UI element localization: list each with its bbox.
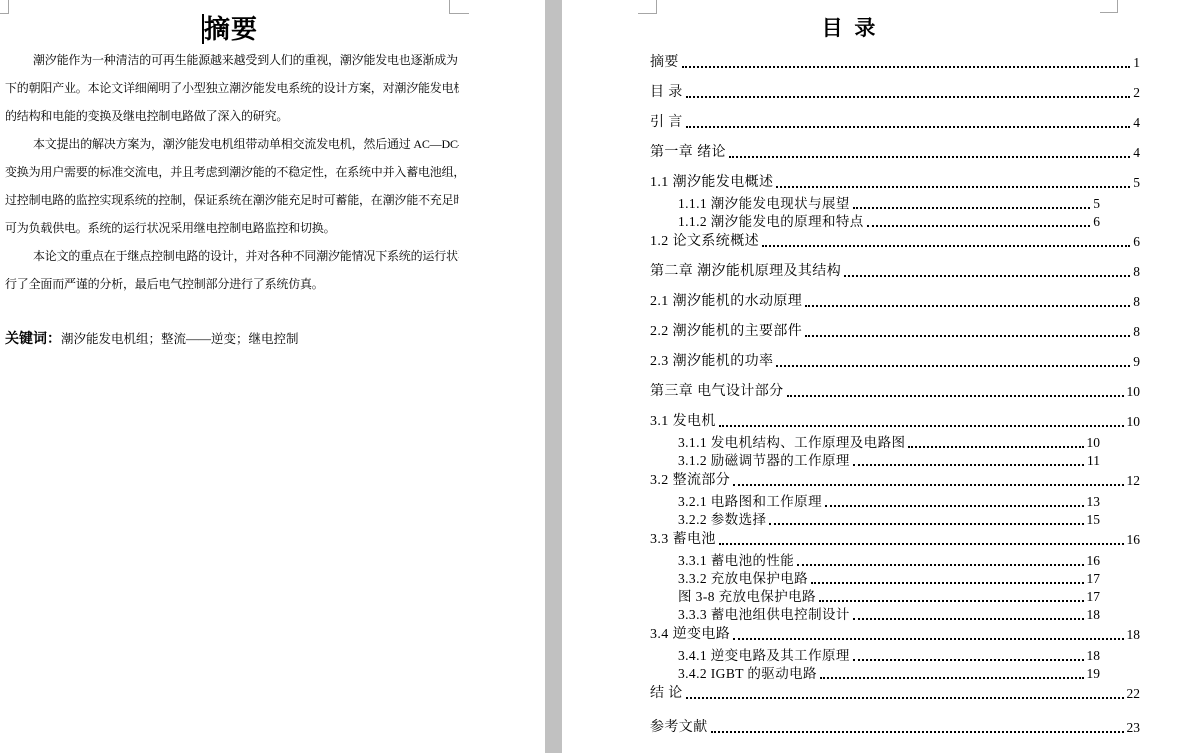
toc-entry-label: 2.2 潮汐能机的主要部件 (650, 320, 802, 340)
dot-leader (776, 365, 1130, 367)
toc-entry-label: 3.3 蓄电池 (650, 528, 716, 548)
margin-corner-mark (1100, 0, 1118, 13)
dot-leader (686, 126, 1131, 128)
toc-entry-label: 3.4.1 逆变电路及其工作原理 (678, 644, 850, 664)
toc-entry-label: 3.4 逆变电路 (650, 623, 730, 643)
toc-entry-label: 3.4.2 IGBT 的驱动电路 (678, 662, 817, 682)
page-gap (545, 0, 562, 753)
abstract-title[interactable]: 摘要 (204, 12, 258, 46)
toc-page-number: 15 (1087, 512, 1101, 528)
toc-page-number: 18 (1087, 607, 1101, 623)
toc-entry-label: 图 3-8 充放电保护电路 (678, 585, 816, 605)
toc-entry-label: 第一章 绪论 (650, 141, 726, 161)
toc-page-number: 2 (1133, 85, 1140, 101)
toc-page-number: 16 (1127, 532, 1141, 548)
body-line[interactable]: 潮汐能作为一种清洁的可再生能源越来越受到人们的重视，潮汐能发电也逐渐成为了时 (5, 46, 459, 74)
toc-entry[interactable]: 结 论22 (650, 685, 1140, 702)
toc-entry[interactable]: 1.1 潮汐能发电概述5 (650, 174, 1140, 191)
toc-page-number: 4 (1133, 115, 1140, 131)
keywords-line[interactable]: 关键词：潮汐能发电机组；整流——逆变；继电控制 (5, 328, 459, 348)
dot-leader (711, 731, 1124, 733)
toc-page-number: 8 (1133, 294, 1140, 310)
toc-entry[interactable]: 目 录2 (650, 84, 1140, 101)
toc-entry[interactable]: 3.3 蓄电池16 (650, 531, 1140, 548)
toc-page-number: 6 (1133, 234, 1140, 250)
toc-page-number: 13 (1087, 494, 1101, 510)
toc-page-number: 4 (1133, 145, 1140, 161)
toc-entry-label: 引 言 (650, 111, 683, 131)
toc-entry-label: 结 论 (650, 682, 683, 702)
toc-list: 摘要1目 录2引 言4第一章 绪论41.1 潮汐能发电概述51.1.1 潮汐能发… (650, 54, 1140, 736)
dot-leader (853, 659, 1084, 661)
body-line[interactable]: 可为负载供电。系统的运行状况采用继电控制电路监控和切换。 (5, 214, 459, 242)
margin-corner-mark (638, 0, 657, 14)
toc-page-number: 6 (1093, 214, 1100, 230)
toc-entry[interactable]: 第二章 潮汐能机原理及其结构8 (650, 263, 1140, 280)
dot-leader (844, 275, 1130, 277)
dot-leader (733, 638, 1123, 640)
dot-leader (853, 464, 1084, 466)
toc-entry-label: 3.3.3 蓄电池组供电控制设计 (678, 603, 850, 623)
toc-page-number: 8 (1133, 324, 1140, 340)
toc-entry-label: 1.1 潮汐能发电概述 (650, 171, 773, 191)
dot-leader (853, 618, 1084, 620)
toc-entry[interactable]: 3.4.2 IGBT 的驱动电路19 (650, 665, 1100, 682)
toc-entry[interactable]: 摘要1 (650, 54, 1140, 71)
margin-corner-mark (0, 0, 9, 14)
abstract-page[interactable]: 摘要 潮汐能作为一种清洁的可再生能源越来越受到人们的重视，潮汐能发电也逐渐成为了… (0, 0, 545, 753)
toc-page-number: 10 (1127, 384, 1141, 400)
toc-page-number: 5 (1093, 196, 1100, 212)
dot-leader (719, 425, 1124, 427)
toc-entry-label: 3.3.1 蓄电池的性能 (678, 549, 794, 569)
toc-entry-label: 目 录 (650, 81, 683, 101)
toc-page-number: 5 (1133, 175, 1140, 191)
toc-page-number: 1 (1133, 55, 1140, 71)
toc-entry[interactable]: 2.1 潮汐能机的水动原理8 (650, 293, 1140, 310)
dot-leader (819, 600, 1084, 602)
toc-page-number: 19 (1087, 666, 1101, 682)
toc-page-number: 16 (1087, 553, 1101, 569)
toc-page-number: 17 (1087, 589, 1101, 605)
dot-leader (787, 395, 1124, 397)
toc-entry-label: 3.3.2 充放电保护电路 (678, 567, 808, 587)
toc-entry[interactable]: 3.3.3 蓄电池组供电控制设计18 (650, 606, 1100, 623)
document-canvas: 摘要 潮汐能作为一种清洁的可再生能源越来越受到人们的重视，潮汐能发电也逐渐成为了… (0, 0, 1178, 753)
body-line[interactable]: 变换为用户需要的标准交流电，并且考虑到潮汐能的不稳定性，在系统中并入蓄电池组，通 (5, 158, 459, 186)
toc-entry-label: 1.1.2 潮汐能发电的原理和特点 (678, 210, 864, 230)
toc-page-number: 18 (1127, 627, 1141, 643)
dot-leader (811, 582, 1083, 584)
toc-entry-label: 3.2.1 电路图和工作原理 (678, 490, 822, 510)
dot-leader (719, 543, 1124, 545)
toc-title: 目 录 (562, 16, 1138, 42)
margin-corner-mark (449, 0, 469, 14)
toc-entry[interactable]: 2.3 潮汐能机的功率9 (650, 353, 1140, 370)
toc-page[interactable]: 目 录 摘要1目 录2引 言4第一章 绪论41.1 潮汐能发电概述51.1.1 … (562, 0, 1178, 753)
toc-page-number: 9 (1133, 354, 1140, 370)
dot-leader (682, 66, 1130, 68)
toc-entry[interactable]: 3.2.2 参数选择15 (650, 511, 1100, 528)
toc-page-number: 22 (1127, 686, 1141, 702)
dot-leader (805, 305, 1130, 307)
abstract-title-row: 摘要 (5, 12, 455, 46)
dot-leader (733, 484, 1123, 486)
toc-entry-label: 3.1.2 励磁调节器的工作原理 (678, 449, 850, 469)
toc-entry-label: 3.2.2 参数选择 (678, 508, 766, 528)
body-line[interactable]: 的结构和电能的变换及继电控制电路做了深入的研究。 (5, 102, 459, 130)
keywords-text: 潮汐能发电机组；整流——逆变；继电控制 (61, 332, 299, 346)
toc-entry[interactable]: 3.2 整流部分12 (650, 472, 1140, 489)
toc-entry[interactable]: 3.1 发电机10 (650, 413, 1140, 430)
body-line[interactable]: 行了全面而严谨的分析，最后电气控制部分进行了系统仿真。 (5, 270, 459, 298)
body-line[interactable]: 下的朝阳产业。本论文详细阐明了小型独立潮汐能发电系统的设计方案，对潮汐能发电机组 (5, 74, 459, 102)
dot-leader (908, 446, 1083, 448)
toc-page-number: 18 (1087, 648, 1101, 664)
toc-page-number: 10 (1087, 435, 1101, 451)
dot-leader (867, 225, 1091, 227)
toc-page-number: 11 (1087, 453, 1100, 469)
toc-entry[interactable]: 第三章 电气设计部分10 (650, 383, 1140, 400)
toc-page-number: 17 (1087, 571, 1101, 587)
toc-entry-label: 1.1.1 潮汐能发电现状与展望 (678, 192, 850, 212)
dot-leader (820, 677, 1084, 679)
toc-entry-label: 2.1 潮汐能机的水动原理 (650, 290, 802, 310)
toc-entry[interactable]: 1.1.2 潮汐能发电的原理和特点6 (650, 213, 1100, 230)
toc-page-number: 12 (1127, 473, 1141, 489)
toc-page-number: 23 (1127, 720, 1141, 736)
toc-entry[interactable]: 引 言4 (650, 114, 1140, 131)
body-line[interactable]: 本论文的重点在于继点控制电路的设计，并对各种不同潮汐能情况下系统的运行状况进 (5, 242, 459, 270)
toc-entry[interactable]: 第一章 绪论4 (650, 144, 1140, 161)
toc-entry[interactable]: 2.2 潮汐能机的主要部件8 (650, 323, 1140, 340)
dot-leader (805, 335, 1130, 337)
toc-entry[interactable]: 3.1.2 励磁调节器的工作原理11 (650, 452, 1100, 469)
dot-leader (769, 523, 1083, 525)
toc-entry-label: 1.2 论文系统概述 (650, 230, 759, 250)
toc-page-number: 10 (1127, 414, 1141, 430)
toc-entry[interactable]: 3.4 逆变电路18 (650, 626, 1140, 643)
keywords-label: 关键词： (5, 330, 61, 346)
dot-leader (686, 96, 1131, 98)
toc-page-number: 8 (1133, 264, 1140, 280)
dot-leader (729, 156, 1130, 158)
toc-entry-label: 第三章 电气设计部分 (650, 380, 784, 400)
toc-entry-label: 3.1.1 发电机结构、工作原理及电路图 (678, 431, 905, 451)
toc-entry-label: 参考文献 (650, 716, 708, 736)
toc-entry-label: 第二章 潮汐能机原理及其结构 (650, 260, 841, 280)
dot-leader (762, 245, 1130, 247)
body-line[interactable]: 过控制电路的监控实现系统的控制，保证系统在潮汐能充足时可蓄能，在潮汐能不充足时亦 (5, 186, 459, 214)
toc-entry-label: 3.1 发电机 (650, 410, 716, 430)
toc-entry-label: 2.3 潮汐能机的功率 (650, 350, 773, 370)
dot-leader (797, 564, 1083, 566)
toc-entry[interactable]: 参考文献23 (650, 719, 1140, 736)
abstract-body: 潮汐能作为一种清洁的可再生能源越来越受到人们的重视，潮汐能发电也逐渐成为了时下的… (5, 46, 459, 298)
dot-leader (825, 505, 1084, 507)
dot-leader (853, 207, 1090, 209)
toc-entry[interactable]: 1.2 论文系统概述6 (650, 233, 1140, 250)
dot-leader (776, 186, 1130, 188)
dot-leader (686, 697, 1124, 699)
body-line[interactable]: 本文提出的解决方案为，潮汐能发电机组带动单相交流发电机，然后通过 AC—DC—A… (5, 130, 459, 158)
toc-entry-label: 摘要 (650, 51, 679, 71)
toc-entry-label: 3.2 整流部分 (650, 469, 730, 489)
